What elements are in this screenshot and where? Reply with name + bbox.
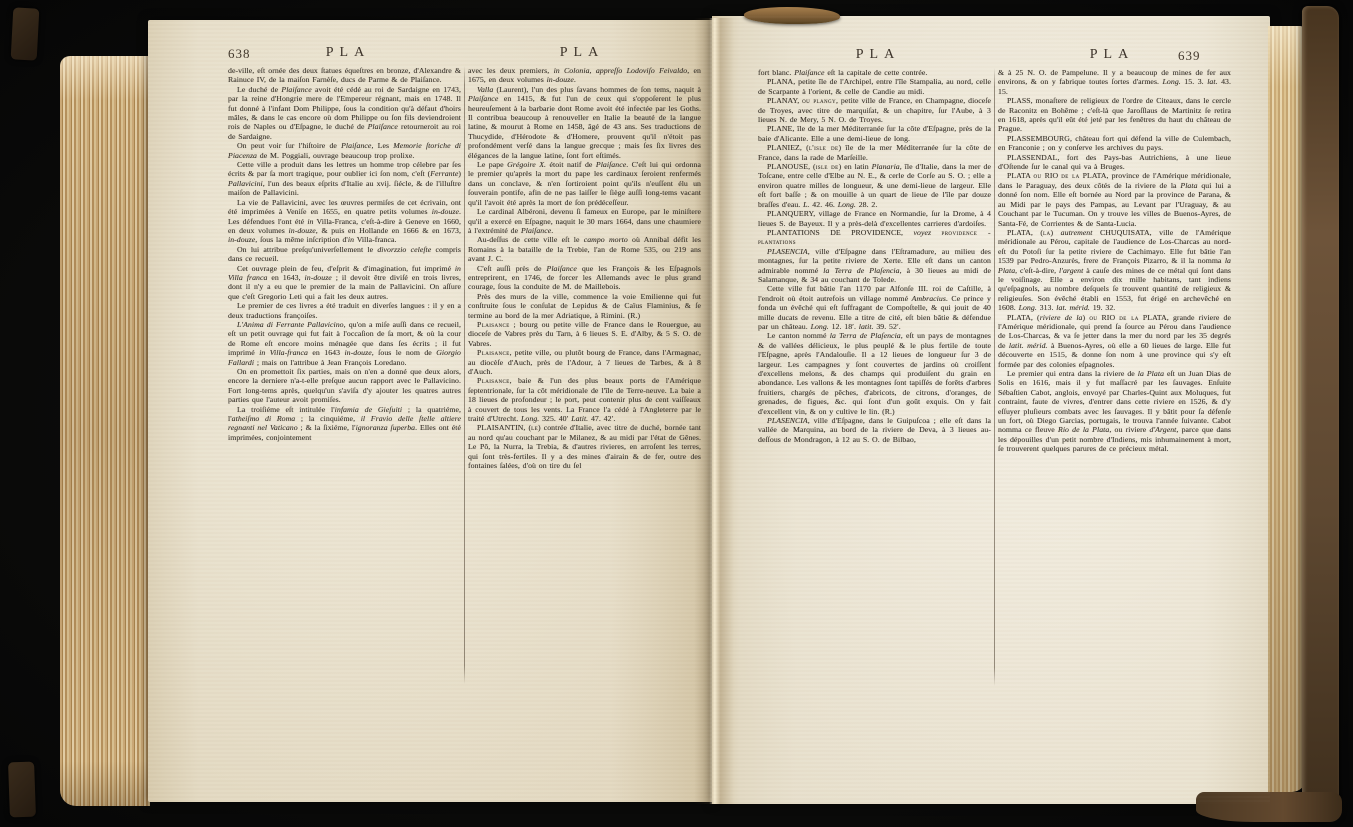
running-head-right-col1: PLA — [808, 47, 948, 63]
right-page-text-layer: PLA PLA 639 fort blanc. Plaiſance eſt la… — [712, 16, 1270, 804]
paragraph: PLANTATIONS DE PROVIDENCE, voyez provide… — [758, 228, 991, 247]
running-head-left-col1: PLA — [278, 45, 418, 61]
paragraph: Au-deſſus de cette ville eſt le campo mo… — [468, 235, 701, 263]
paragraph: PLATA, (la) autrement CHUQUISATA, ville … — [998, 228, 1231, 313]
paragraph: Le canton nommé la Terra de Plaſencia, e… — [758, 331, 991, 416]
paragraph: La vie de Pallavicini, avec les œuvres p… — [228, 198, 461, 245]
cover-corner-top-left — [11, 7, 40, 60]
paragraph: Le premier de ces livres a été traduit e… — [228, 301, 461, 320]
paragraph: Le cardinal Albéroni, devenu ſi fameux e… — [468, 207, 701, 235]
paragraph: PLATA, (riviere de la) ou RIO de la PLAT… — [998, 313, 1231, 369]
paragraph: Cet ouvrage plein de feu, d'eſprit & d'i… — [228, 264, 461, 302]
right-page-columns: fort blanc. Plaiſance eſt la capitale de… — [758, 68, 1231, 692]
page-stack-fore-edge-left — [60, 56, 150, 806]
page-number-right: 639 — [1178, 48, 1201, 64]
paragraph: PLANOUSE, (isle de) en latin Planaria, î… — [758, 162, 991, 209]
book-scan: { "colors":{ "background":"#0a0a09", "pa… — [0, 0, 1353, 827]
paragraph: On peut voir ſur l'hiſtoire de Plaiſance… — [228, 141, 461, 160]
paragraph: PLAISANTIN, (le) contrée d'Italie, avec … — [468, 423, 701, 470]
paragraph: Cette ville a produit dans les lettres u… — [228, 160, 461, 198]
paragraph: Plaisance, baie & l'un des plus beaux po… — [468, 376, 701, 423]
leather-cover-right — [1302, 6, 1339, 821]
page-stack-fore-edge-right — [1268, 26, 1306, 792]
page-number-left: 638 — [228, 46, 251, 62]
left-page-text-layer: 638 PLA PLA de-ville, eſt ornée des deux… — [148, 20, 712, 802]
paragraph: & à 25 N. O. de Pampelune. Il y a beauco… — [998, 68, 1231, 96]
paragraph: PLATA ou RIO de la PLATA, province de l'… — [998, 171, 1231, 227]
paragraph: PLANAY, ou plangy, petite ville de Franc… — [758, 96, 991, 124]
paragraph: On lui attribue preſqu'univerſellement l… — [228, 245, 461, 264]
paragraph: Le duché de Plaiſance avoit été cédé au … — [228, 85, 461, 141]
paragraph: PLASS, monaſtere de religieux de l'ordre… — [998, 96, 1231, 134]
cover-corner-bottom-left — [8, 762, 36, 818]
column-divider — [464, 66, 465, 684]
paragraph: PLASENCIA, ville d'Eſpagne dans l'Eſtram… — [758, 247, 991, 285]
left-page-column-1: de-ville, eſt ornée des deux ſtatues équ… — [228, 66, 461, 690]
paragraph: Le premier qui entra dans la riviere de … — [998, 369, 1231, 454]
paragraph: C'eſt auſſi près de Plaiſance que les Fr… — [468, 264, 701, 292]
paragraph: fort blanc. Plaiſance eſt la capitale de… — [758, 68, 991, 77]
paragraph: PLASSEMBOURG, château fort qui défend la… — [998, 134, 1231, 153]
paragraph: Cette ville fut bâtie l'an 1170 par Alfo… — [758, 284, 991, 331]
paragraph: Plaisance ; bourg ou petite ville de Fra… — [468, 320, 701, 348]
paragraph: PLANE, île de la mer Méditerranée ſur la… — [758, 124, 991, 143]
paragraph: avec les deux premiers, in Colonia, appr… — [468, 66, 701, 85]
paragraph: On en promettoit ſix parties, mais on n'… — [228, 367, 461, 405]
left-page-columns: de-ville, eſt ornée des deux ſtatues équ… — [228, 66, 701, 690]
left-page-column-2: avec les deux premiers, in Colonia, appr… — [468, 66, 701, 690]
paragraph: PLASENCIA, ville d'Eſpagne, dans le Guip… — [758, 416, 991, 444]
paragraph: PLASSENDAL, fort des Pays-bas Autrichien… — [998, 153, 1231, 172]
paragraph: Valla (Laurent), l'un des plus ſavans ho… — [468, 85, 701, 160]
paragraph: PLANQUERY, village de France en Normandi… — [758, 209, 991, 228]
paragraph: La troiſiéme eſt intitulée l'infamia de … — [228, 405, 461, 443]
paragraph: de-ville, eſt ornée des deux ſtatues équ… — [228, 66, 461, 85]
running-head-left-col2: PLA — [512, 45, 652, 61]
column-divider — [994, 68, 995, 686]
paragraph: PLANA, petite île de l'Archipel, entre l… — [758, 77, 991, 96]
running-head-right-col2: PLA — [1042, 47, 1182, 63]
right-page-column-2: & à 25 N. O. de Pampelune. Il y a beauco… — [998, 68, 1231, 692]
paragraph: Le pape Grégoire X. étoit natif de Plaiſ… — [468, 160, 701, 207]
paragraph: L'Anima di Ferrante Pallavicino, qu'on a… — [228, 320, 461, 367]
paragraph: PLANIEZ, (l'isle de) île de la mer Médit… — [758, 143, 991, 162]
paragraph: Plaisance, petite ville, ou plutôt bourg… — [468, 348, 701, 376]
right-page-column-1: fort blanc. Plaiſance eſt la capitale de… — [758, 68, 991, 692]
paragraph: Près des murs de la ville, commence la v… — [468, 292, 701, 320]
